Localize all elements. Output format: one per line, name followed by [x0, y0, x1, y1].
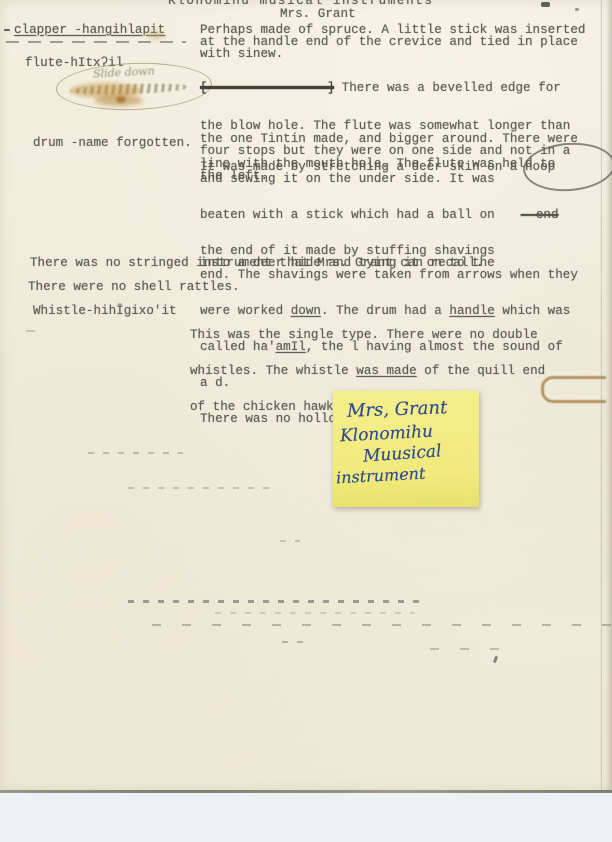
typed-line: the blow hole. The flute was somewhat lo… [200, 120, 578, 133]
bleed-through-mark [128, 487, 278, 489]
typed-text: whistles. The whistle [190, 364, 356, 378]
paper-fold-line [601, 0, 602, 790]
paper-edge-shadow [606, 0, 612, 790]
definition-clapper: Perhaps made of spruce. A little stick w… [200, 24, 585, 60]
pencil-mark [493, 656, 498, 664]
ink-speck [541, 2, 550, 7]
bleed-through-mark [282, 641, 308, 643]
term-drum: drum -name forgotten. [33, 137, 192, 149]
scanned-document: Klonomihu musical instruments Mrs. Grant… [0, 0, 612, 842]
term-clapper: clapper -hangihlapit [14, 24, 165, 36]
typed-text: There was a bevelled edge for [334, 81, 561, 95]
rust-stain [116, 96, 126, 103]
sticky-note-line: instrument [336, 464, 426, 488]
bleed-through-mark [152, 624, 612, 626]
typed-line: whistles. The whistle was made of the qu… [190, 365, 545, 377]
typed-line: beaten with a stick which had a ball on—… [200, 209, 578, 221]
typed-text: beaten with a stick which had a ball on [200, 208, 495, 222]
paper-page: Klonomihu musical instruments Mrs. Grant… [0, 0, 612, 792]
pencil-mark [26, 330, 50, 332]
document-title: Klonomihu musical instruments [168, 0, 434, 7]
paper-clip-stain [541, 376, 606, 403]
sticky-note: Mrs, Grant Klonomihu Muusical instrument [333, 391, 479, 507]
typed-line: [─────────────────] There was a bevelled… [200, 82, 578, 95]
typed-text: of the chicken hawk [190, 400, 334, 414]
ink-speck [575, 8, 579, 11]
bleed-through-mark [430, 648, 500, 650]
bleed-through-mark [128, 600, 428, 603]
bleed-through-mark [88, 452, 183, 454]
bleed-through-mark [280, 540, 300, 542]
crossed-out-text: [─────────────────] [200, 81, 334, 95]
bleed-through-mark [215, 612, 415, 614]
rust-stain [146, 30, 166, 40]
typed-line: end. The shavings were taken from arrows… [200, 269, 578, 281]
definition-drum-lines-a: It was made by stretching a deer skin on… [200, 161, 578, 185]
pencil-mark [4, 29, 10, 31]
underlined-text: was made [356, 364, 416, 378]
statement-no-rattles: There were no shell rattles. [28, 281, 240, 293]
document-author: Mrs. Grant [280, 8, 356, 20]
term-whistle: Whistle-hihĪgixo'it [33, 305, 177, 317]
statement-no-stringed: There was no stringed instrument that Mr… [30, 257, 483, 269]
sticky-note-line: Muusical [362, 441, 442, 466]
pencil-underline [6, 41, 186, 43]
typed-line: and sewing it on the under side. It was [200, 173, 578, 185]
typed-line: This was the single type. There were no … [190, 329, 545, 341]
page-bottom-edge [0, 790, 612, 793]
sticky-note-line: Mrs, Grant [347, 397, 448, 421]
typed-text: of the quill end [417, 364, 545, 378]
crossed-out-text: — end [521, 208, 559, 222]
